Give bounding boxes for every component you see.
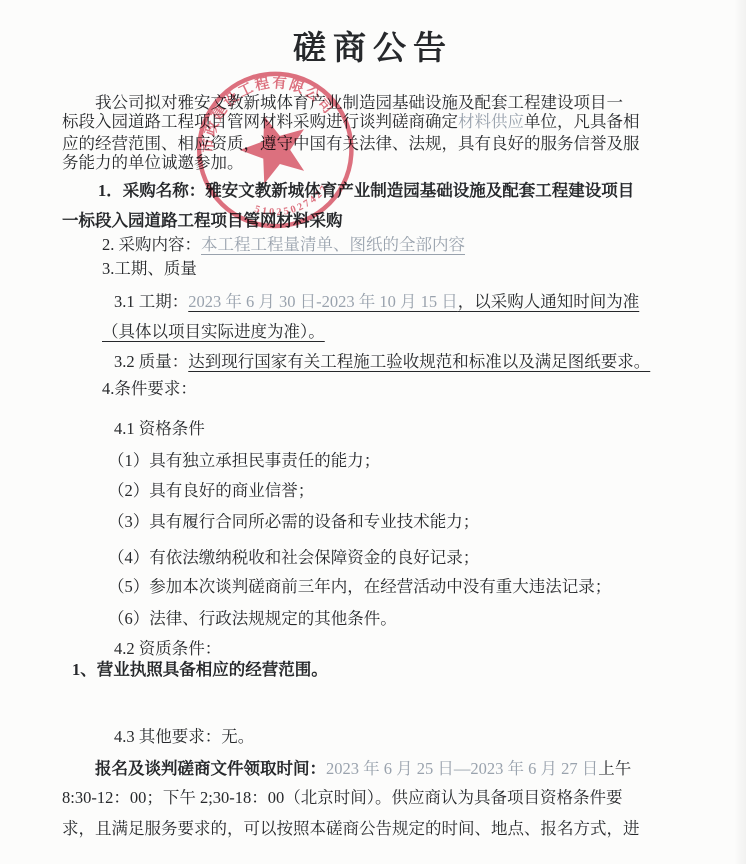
item-4-3-other: 4.3 其他要求：无。 bbox=[62, 725, 696, 748]
item-4-2-heading-text: 4.2 资质条件： bbox=[114, 639, 221, 658]
intro-line-4: 务能力的单位诚邀参加。 bbox=[62, 151, 696, 174]
condition-3-text: （3）具有履行合同所必需的设备和专业技术能力； bbox=[108, 512, 479, 531]
item-4-1-heading-text: 4.1 资格条件 bbox=[114, 419, 205, 438]
intro-line-2-tail: 单位，凡具备相 bbox=[524, 112, 640, 131]
intro-line-2-filled-value: 材料供应 bbox=[458, 112, 524, 131]
item-4-2-heading: 4.2 资质条件： bbox=[62, 637, 696, 660]
qualification-1: 1、营业执照具备相应的经营范围。 bbox=[62, 658, 696, 681]
condition-2-text: （2）具有良好的商业信誉； bbox=[108, 481, 314, 500]
registration-line-2-text: 8:30-12：00；下午 2;30-18：00（北京时间）。供应商认为具备项目… bbox=[62, 788, 623, 807]
seal-number: 51025027427 bbox=[250, 181, 335, 228]
scan-edge-shadow bbox=[734, 0, 746, 864]
item-3-1-continuation: （具体以项目实际进度为准）。 bbox=[62, 320, 696, 343]
condition-1-text: （1）具有独立承担民事责任的能力； bbox=[108, 451, 380, 470]
registration-filled-dates: 2023 年 6 月 25 日—2023 年 6 月 27 日 bbox=[326, 759, 598, 778]
item-3-1-filled-dates: 2023 年 6 月 30 日-2023 年 10 月 15 日 bbox=[188, 292, 458, 311]
condition-1: （1）具有独立承担民事责任的能力； bbox=[62, 449, 696, 472]
item-1-continuation: 一标段入园道路工程项目管网材料采购 bbox=[62, 209, 696, 232]
announcement-document: 磋商公告 市政建设工程有限公司 51025027427 我公司拟对雅安文教新城体… bbox=[0, 0, 746, 864]
registration-line-3: 求，且满足服务要求的，可以按照本磋商公告规定的时间、地点、报名方式，进 bbox=[62, 817, 696, 840]
registration-line-3-text: 求，且满足服务要求的，可以按照本磋商公告规定的时间、地点、报名方式，进 bbox=[62, 819, 640, 838]
item-3-2-value: 达到现行国家有关工程施工验收规范和标准以及满足图纸要求。 bbox=[188, 352, 650, 371]
item-4-1-heading: 4.1 资格条件 bbox=[62, 417, 696, 440]
intro-line-2: 标段入园道路工程项目管网材料采购进行谈判磋商确定材料供应单位，凡具备相 bbox=[62, 110, 696, 133]
qualification-1-text: 1、营业执照具备相应的经营范围。 bbox=[72, 660, 328, 679]
seal-star-icon bbox=[232, 106, 316, 188]
item-3-2-label: 3.2 质量： bbox=[114, 352, 188, 371]
item-3-1-continuation-text: （具体以项目实际进度为准）。 bbox=[102, 322, 325, 341]
condition-3: （3）具有履行合同所必需的设备和专业技术能力； bbox=[62, 510, 696, 533]
registration-label: 报名及谈判磋商文件领取时间： bbox=[95, 759, 326, 778]
item-3-heading: 3.工期、质量 bbox=[62, 257, 696, 280]
page-title: 磋商公告 bbox=[0, 22, 746, 69]
condition-4: （4）有依法缴纳税收和社会保障资金的良好记录； bbox=[62, 546, 696, 569]
condition-5: （5）参加本次谈判磋商前三年内，在经营活动中没有重大违法记录； bbox=[62, 575, 696, 598]
item-3-1-label: 3.1 工期： bbox=[114, 292, 188, 311]
item-4-heading: 4.条件要求： bbox=[62, 377, 696, 400]
condition-2: （2）具有良好的商业信誉； bbox=[62, 479, 696, 502]
condition-4-text: （4）有依法缴纳税收和社会保障资金的良好记录； bbox=[108, 548, 479, 567]
item-2-procurement-content: 2. 采购内容：本工程工程量清单、图纸的全部内容 bbox=[62, 233, 696, 256]
item-1-label: 1．采购名称： bbox=[98, 181, 205, 200]
condition-6-text: （6）法律、行政法规规定的其他条件。 bbox=[108, 609, 397, 628]
item-2-label: 2. 采购内容： bbox=[102, 235, 201, 254]
item-3-2-quality: 3.2 质量：达到现行国家有关工程施工验收规范和标准以及满足图纸要求。 bbox=[62, 350, 696, 373]
item-3-heading-text: 3.工期、质量 bbox=[102, 259, 197, 278]
registration-line-1: 报名及谈判磋商文件领取时间：2023 年 6 月 25 日—2023 年 6 月… bbox=[62, 757, 696, 780]
item-3-1-rest: ，以采购人通知时间为准 bbox=[458, 292, 640, 311]
item-4-heading-text: 4.条件要求： bbox=[102, 379, 197, 398]
item-4-3-text: 4.3 其他要求：无。 bbox=[114, 727, 254, 746]
item-3-1-duration: 3.1 工期：2023 年 6 月 30 日-2023 年 10 月 15 日，… bbox=[62, 290, 696, 313]
condition-6: （6）法律、行政法规规定的其他条件。 bbox=[62, 607, 696, 630]
registration-line-2: 8:30-12：00；下午 2;30-18：00（北京时间）。供应商认为具备项目… bbox=[62, 786, 696, 809]
condition-5-text: （5）参加本次谈判磋商前三年内，在经营活动中没有重大违法记录； bbox=[108, 577, 611, 596]
registration-rest: 上午 bbox=[598, 759, 631, 778]
item-3-1-underlined: 2023 年 6 月 30 日-2023 年 10 月 15 日，以采购人通知时… bbox=[188, 292, 639, 311]
